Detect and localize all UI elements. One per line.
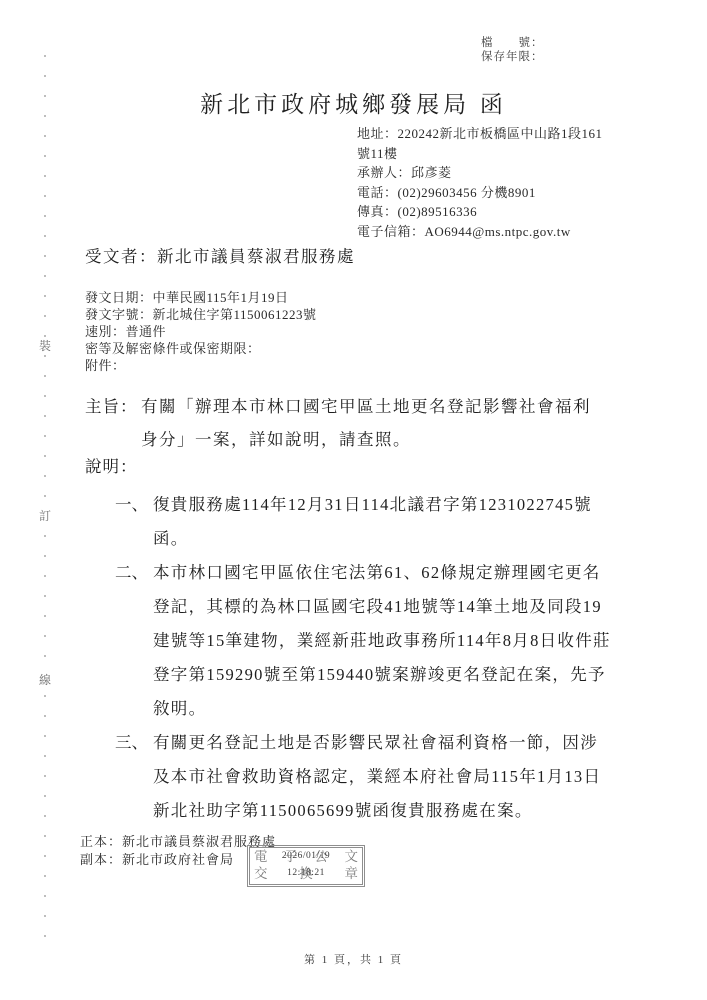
sender-info-block: 地址：220242新北市板橋區中山路1段161 號11樓 承辦人：邱彥菱 電話：…: [357, 124, 603, 241]
item-1-line-2: 函。: [153, 522, 592, 556]
item-2-line-1: 本市林口國宅甲區依住宅法第61、62條規定辦理國宅更名: [153, 556, 611, 590]
sender-phone: 電話：(02)29603456 分機8901: [357, 183, 603, 203]
stamp-time: 12:18:21: [250, 865, 362, 882]
sender-fax: 傳真：(02)89516336: [357, 202, 603, 222]
item-2-line-5: 敘明。: [153, 692, 611, 726]
explanation-item-2: 二、 本市林口國宅甲區依住宅法第61、62條規定辦理國宅更名 登記，其標的為林口…: [115, 556, 655, 726]
item-1-text: 復貴服務處114年12月31日114北議君字第1231022745號 函。: [153, 488, 592, 556]
issue-date: 發文日期：中華民國115年1月19日: [85, 289, 317, 306]
retention-period-label: 保存年限：: [481, 50, 544, 64]
explanation-items: 一、 復貴服務處114年12月31日114北議君字第1231022745號 函。…: [115, 488, 655, 828]
item-3-line-2: 及本市社會救助資格認定，業經本府社會局115年1月13日: [153, 760, 601, 794]
item-2-line-4: 登字第159290號至第159440號案辦竣更名登記在案，先予: [153, 658, 611, 692]
document-number: 發文字號：新北城住字第1150061223號: [85, 306, 317, 323]
recipient-line: 受文者：新北市議員蔡淑君服務處: [85, 243, 355, 267]
attachment-label: 附件：: [85, 357, 317, 374]
subject-text: 有關「辦理本市林口國宅甲區土地更名登記影響社會福利 身分」一案，詳如說明，請查照…: [141, 390, 591, 456]
subject-line-2: 身分」一案，詳如說明，請查照。: [141, 423, 591, 456]
item-3-line-3: 新北社助字第1150065699號函復貴服務處在案。: [153, 794, 601, 828]
binding-mark-xian: 線: [38, 673, 52, 687]
item-3-line-1: 有關更名登記土地是否影響民眾社會福利資格一節，因涉: [153, 726, 601, 760]
official-letter-page: 裝 訂 線 檔 號： 保存年限： 新北市政府城鄉發展局 函 地址：220242新…: [0, 0, 707, 1000]
sender-address-line1: 地址：220242新北市板橋區中山路1段161: [357, 124, 603, 144]
subject-label: 主旨：: [85, 390, 141, 456]
explanation-label: 說明：: [85, 453, 138, 477]
item-2-line-2: 登記，其標的為林口區國宅段41地號等14筆土地及同段19: [153, 590, 611, 624]
binding-mark-ding: 訂: [38, 509, 52, 523]
page-number-footer: 第 1 頁，共 1 頁: [0, 951, 707, 967]
item-2-number: 二、: [115, 556, 153, 726]
security-classification: 密等及解密條件或保密期限：: [85, 340, 317, 357]
delivery-speed: 速別：普通件: [85, 323, 317, 340]
binding-dotted-line: [44, 55, 46, 948]
explanation-item-3: 三、 有關更名登記土地是否影響民眾社會福利資格一節，因涉 及本市社會救助資格認定…: [115, 726, 655, 828]
stamp-datetime: 2026/01/19 12:18:21: [250, 848, 362, 882]
filing-labels: 檔 號： 保存年限：: [481, 36, 544, 64]
electronic-exchange-stamp: 電 子 公 文 交 換 章 2026/01/19 12:18:21: [247, 845, 365, 887]
sender-contact-person: 承辦人：邱彥菱: [357, 163, 603, 183]
document-title: 新北市政府城鄉發展局 函: [0, 86, 707, 119]
document-meta-block: 發文日期：中華民國115年1月19日 發文字號：新北城住字第1150061223…: [85, 289, 317, 374]
explanation-item-1: 一、 復貴服務處114年12月31日114北議君字第1231022745號 函。: [115, 488, 655, 556]
sender-email: 電子信箱：AO6944@ms.ntpc.gov.tw: [357, 222, 603, 242]
binding-mark-zhuang: 裝: [38, 339, 52, 353]
item-2-line-3: 建號等15筆建物，業經新莊地政事務所114年8月8日收件莊: [153, 624, 611, 658]
item-3-text: 有關更名登記土地是否影響民眾社會福利資格一節，因涉 及本市社會救助資格認定，業經…: [153, 726, 601, 828]
stamp-date: 2026/01/19: [250, 848, 362, 865]
item-1-line-1: 復貴服務處114年12月31日114北議君字第1231022745號: [153, 488, 592, 522]
item-3-number: 三、: [115, 726, 153, 828]
item-1-number: 一、: [115, 488, 153, 556]
file-number-label: 檔 號：: [481, 36, 544, 50]
subject-line-1: 有關「辦理本市林口國宅甲區土地更名登記影響社會福利: [141, 390, 591, 423]
subject-paragraph: 主旨： 有關「辦理本市林口國宅甲區土地更名登記影響社會福利 身分」一案，詳如說明…: [85, 390, 591, 456]
sender-address-line2: 號11樓: [357, 144, 603, 164]
item-2-text: 本市林口國宅甲區依住宅法第61、62條規定辦理國宅更名 登記，其標的為林口區國宅…: [153, 556, 611, 726]
